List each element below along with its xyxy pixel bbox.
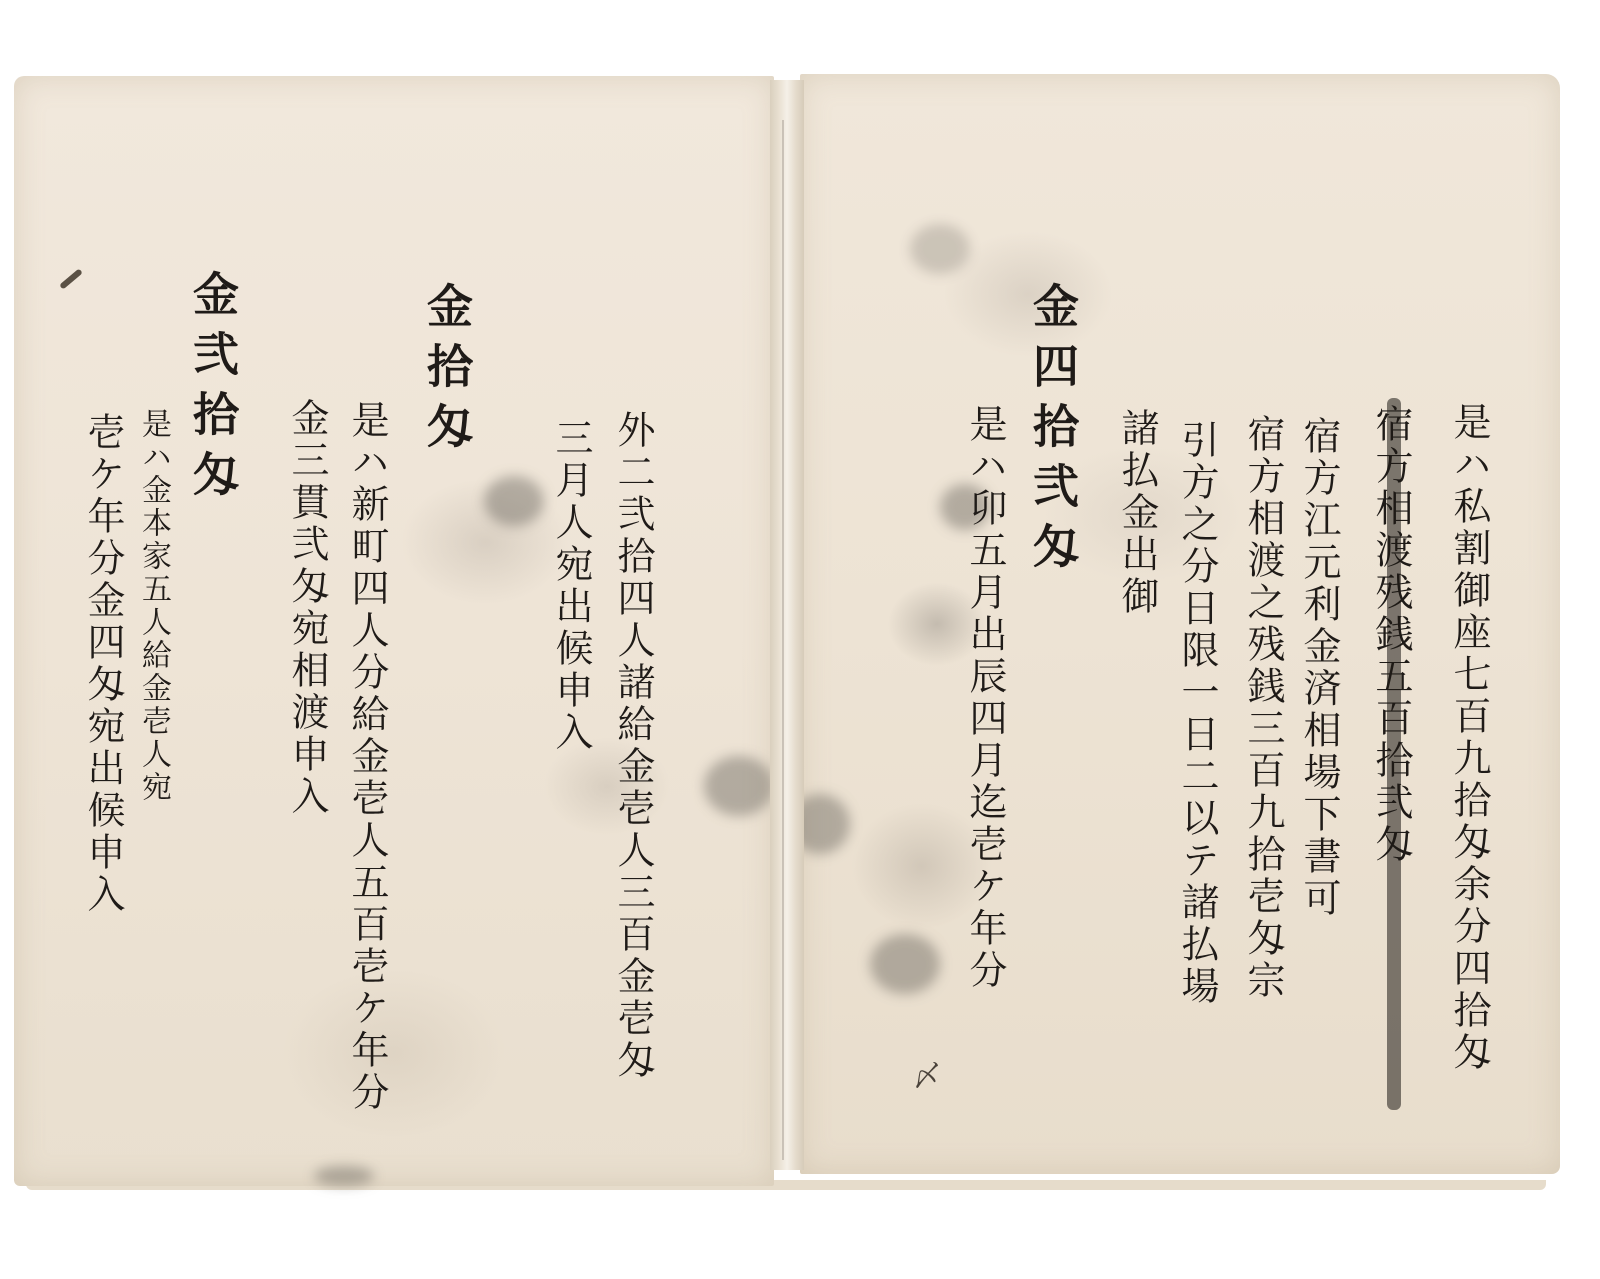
ink-stain	[870, 934, 940, 994]
open-ledger-book: 是ハ私割御座七百九拾匁余分四拾匁 宿方相渡残銭五百拾弐匁 宿方江元利金済相場下書…	[0, 0, 1600, 1279]
text-column-l6-heading: 金弐拾匁	[190, 270, 236, 510]
text-column-r4: 宿方相渡之残銭三百九拾壱匁宗	[1244, 414, 1282, 1002]
footer-mark: 〆	[908, 1060, 938, 1093]
text-column-l8: 壱ケ年分金四匁宛出候申入	[84, 412, 122, 916]
ink-stain	[704, 756, 774, 816]
text-column-l3-heading: 金拾匁	[424, 282, 470, 462]
text-column-r6: 諸払金出御	[1118, 408, 1156, 618]
text-column-l2: 三月人宛出候申入	[552, 418, 590, 754]
text-column-l5: 金三貫弐匁宛相渡申入	[288, 398, 326, 818]
text-column-l4: 是ハ新町四人分給金壱人五百壱ケ年分	[348, 400, 386, 1114]
text-column-r5: 引方之分日限一日二以テ諸払場	[1178, 420, 1216, 1008]
text-column-r7-heading: 金四拾弐匁	[1030, 282, 1076, 582]
book-spine	[770, 80, 804, 1170]
text-column-l7: 是ハ金本家五人給金壱人宛	[138, 408, 168, 804]
text-column-r8: 是ハ卯五月出辰四月迄壱ケ年分	[966, 404, 1004, 992]
text-column-r3: 宿方江元利金済相場下書可	[1300, 416, 1338, 920]
text-column-r1: 是ハ私割御座七百九拾匁余分四拾匁	[1450, 402, 1488, 1074]
spine-fold-line	[782, 120, 784, 1160]
ink-stain	[314, 1166, 374, 1186]
left-page	[14, 76, 774, 1186]
text-column-l1: 外二弐拾四人諸給金壱人三百金壱匁	[614, 410, 652, 1082]
ink-smudge	[59, 268, 83, 289]
strikethrough-mark: 宿方相渡残銭五百拾弐匁	[1364, 404, 1424, 1104]
ink-stain	[484, 476, 544, 526]
text-column-r2: 宿方相渡残銭五百拾弐匁	[1372, 404, 1410, 866]
ink-stain	[910, 224, 970, 274]
